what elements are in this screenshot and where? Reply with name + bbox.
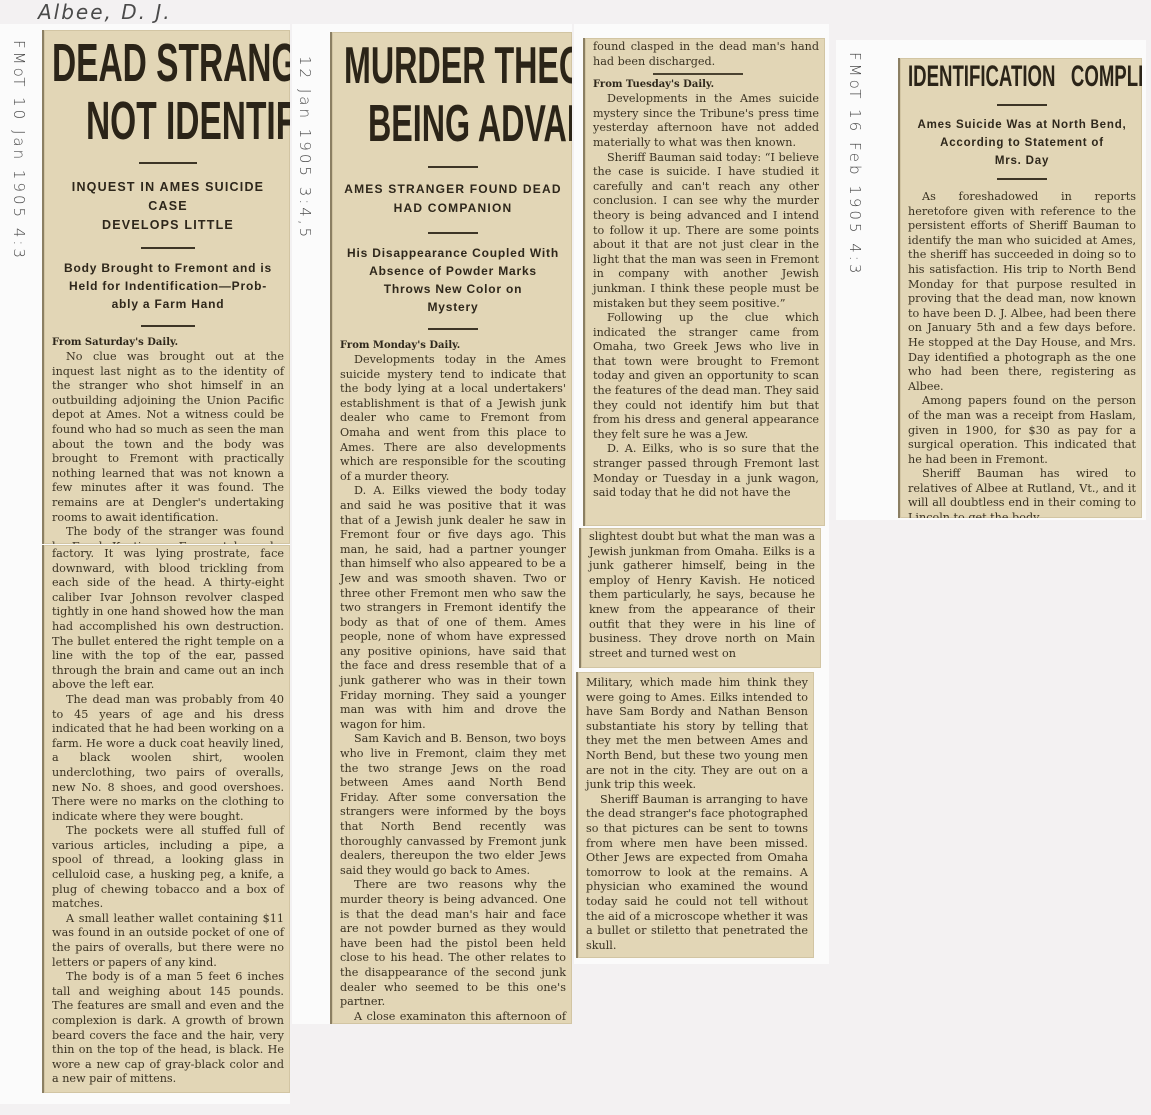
article-2: Murder Theory Being Advanced AMES STRANG… xyxy=(330,32,572,1024)
margin-note-clip4: FMoT 16 Feb 1905 4:3 xyxy=(846,52,864,276)
paragraph: Developments in the Ames suicide mystery… xyxy=(593,92,819,150)
divider xyxy=(428,232,478,234)
article-3-bottom: Military, which made him think they were… xyxy=(576,672,814,958)
article-4-deck-line2: According to Statement of xyxy=(908,134,1136,152)
article-2-deck2-line4: Mystery xyxy=(340,298,566,316)
article-4-headline: Identification Complete xyxy=(908,62,1142,92)
article-1-deck1-line1: INQUEST IN AMES SUICIDE CASE xyxy=(52,178,284,216)
article-3-top: found clasped in the dead man's hand had… xyxy=(583,38,825,526)
article-1-bottom: factory. It was lying prostrate, face do… xyxy=(42,545,290,1093)
article-1-headline-line2: Not Identified xyxy=(86,94,290,148)
article-4: Identification Complete Ames Suicide Was… xyxy=(898,58,1142,518)
paragraph: The body is of a man 5 feet 6 inches tal… xyxy=(52,970,284,1087)
paragraph: Military, which made him think they were… xyxy=(586,676,808,793)
divider xyxy=(653,73,743,75)
paragraph: Following up the clue which indicated th… xyxy=(593,311,819,442)
article-2-deck1-line2: HAD COMPANION xyxy=(340,199,566,218)
paragraph: There are two reasons why the murder the… xyxy=(340,878,566,1009)
article-3-middle: slightest doubt but what the man was a J… xyxy=(579,528,821,668)
article-1-deck2-line3: ably a Farm Hand xyxy=(52,295,284,313)
divider xyxy=(141,247,195,249)
paragraph: No clue was brought out at the inquest l… xyxy=(52,350,284,525)
divider xyxy=(997,178,1047,180)
paragraph: Sheriff Bauman has wired to relatives of… xyxy=(908,467,1136,518)
article-3-body-part1: Developments in the Ames suicide mystery… xyxy=(593,92,819,501)
paragraph: Developments today in the Ames suicide m… xyxy=(340,353,566,484)
article-3-dateline: From Tuesday's Daily. xyxy=(593,79,819,90)
article-1-deck2-line1: Body Brought to Fremont and is xyxy=(52,259,284,277)
article-1-dateline: From Saturday's Daily. xyxy=(52,337,284,348)
article-4-deck-line3: Mrs. Day xyxy=(908,152,1136,170)
article-4-deck-line1: Ames Suicide Was at North Bend, xyxy=(908,116,1136,134)
divider xyxy=(139,162,197,164)
article-1-headline-line1: Dead Stranger xyxy=(52,36,288,90)
paragraph: Sam Kavich and B. Benson, two boys who l… xyxy=(340,732,566,878)
paragraph: D. A. Eilks viewed the body today and sa… xyxy=(340,484,566,732)
divider xyxy=(997,104,1047,106)
paragraph: Sheriff Bauman is arranging to have the … xyxy=(586,793,808,954)
article-2-dateline: From Monday's Daily. xyxy=(340,340,566,351)
paragraph: The pockets were all stuffed full of var… xyxy=(52,824,284,912)
paragraph: slightest doubt but what the man was a J… xyxy=(589,530,815,661)
paragraph: D. A. Eilks, who is so sure that the str… xyxy=(593,442,819,500)
article-1-body-part1: No clue was brought out at the inquest l… xyxy=(52,350,284,544)
article-1-deck1-line2: DEVELOPS LITTLE xyxy=(52,216,284,235)
article-2-headline-line2: Being Advanced xyxy=(368,98,572,150)
paragraph: Sheriff Bauman said today: “I believe th… xyxy=(593,151,819,312)
article-1-deck2-line2: Held for Indentification—Prob- xyxy=(52,277,284,295)
paragraph: A small leather wallet containing $11 wa… xyxy=(52,912,284,970)
margin-note-clip1: FMoT 10 Jan 1905 4:3 xyxy=(10,40,28,261)
divider xyxy=(428,166,478,168)
article-2-deck1-line1: AMES STRANGER FOUND DEAD xyxy=(340,180,566,199)
article-2-body: Developments today in the Ames suicide m… xyxy=(340,353,566,1024)
paragraph: A close examinaton this afternoon of the… xyxy=(340,1010,566,1024)
margin-note-clip2: 12 Jan 1905 3:4,5 xyxy=(296,56,314,240)
handwritten-subject-label: Albee, D. J. xyxy=(38,0,172,24)
article-2-deck2-line1: His Disappearance Coupled With xyxy=(340,244,566,262)
article-2-deck2-line2: Absence of Powder Marks xyxy=(340,262,566,280)
paragraph: factory. It was lying prostrate, face do… xyxy=(52,547,284,693)
paragraph: As foreshadowed in reports heretofore gi… xyxy=(908,190,1136,394)
divider xyxy=(428,328,478,330)
paragraph: The dead man was probably from 40 to 45 … xyxy=(52,693,284,824)
article-3-continuation: found clasped in the dead man's hand had… xyxy=(593,40,819,69)
paragraph: Among papers found on the person of the … xyxy=(908,394,1136,467)
article-1-top: Dead Stranger Not Identified INQUEST IN … xyxy=(42,30,290,544)
article-4-body: As foreshadowed in reports heretofore gi… xyxy=(908,190,1136,518)
paragraph: The body of the stranger was found by Fr… xyxy=(52,525,284,544)
article-2-deck2-line3: Throws New Color on xyxy=(340,280,566,298)
divider xyxy=(141,325,195,327)
article-2-headline-line1: Murder Theory xyxy=(344,40,572,92)
